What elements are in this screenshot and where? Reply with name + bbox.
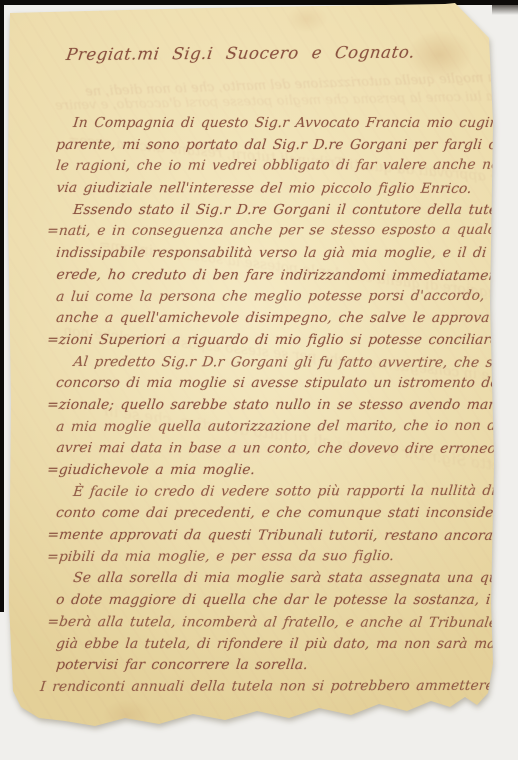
letter-line: o dote maggiore di quella che dar le pot… <box>55 590 495 612</box>
bleed-through-text: a lui come la persona che meglio potesse… <box>55 89 494 113</box>
letter-line: In Compagnia di questo Sig.r Avvocato Fr… <box>55 113 495 135</box>
letter-line: conto come dai precedenti, e che comunqu… <box>55 503 495 525</box>
letter-salutation: Pregiat.mi Sig.i Suocero e Cognato. <box>65 43 416 64</box>
letter-line: potervisi far concorrere la sorella. <box>55 655 495 677</box>
letter-line: =berà alla tutela, incomberà al fratello… <box>46 612 496 635</box>
paper-sheet: a mia moglie quella autorizzazione del m… <box>7 3 498 747</box>
letter-line: =mente approvati da questi Tribunali tut… <box>46 525 496 548</box>
scan-edge-left <box>0 0 4 612</box>
letter-line: via giudiziale nell'interesse del mio pi… <box>55 178 496 201</box>
letter-line: Essendo stato il Sig.r D.re Gorgani il c… <box>55 200 495 222</box>
letter-paper: a mia moglie quella autorizzazione del m… <box>7 3 498 747</box>
letter-line: parente, mi sono portato dal Sig.r D.re … <box>55 135 495 157</box>
letter-line: =pibili da mia moglie, e per essa da suo… <box>46 546 495 569</box>
letter-line: anche a quell'amichevole disimpegno, che… <box>55 308 495 330</box>
letter-line: indissipabile responsabilità verso la gi… <box>55 243 495 265</box>
letter-line: =nati, e in conseguenza anche per se ste… <box>46 220 495 243</box>
letter-body: In Compagnia di questo Sig.r Avvocato Fr… <box>55 113 493 699</box>
letter-line: =zionale; quello sarebbe stato nullo in … <box>46 395 495 417</box>
letter-line: avrei mai data in base a un conto, che d… <box>55 438 496 461</box>
letter-line: I rendiconti annuali della tutela non si… <box>39 676 495 699</box>
letter-line: È facile io credo di vedere sotto più ra… <box>55 481 495 504</box>
letter-line: erede, ho creduto di ben fare indirizzan… <box>55 265 496 288</box>
letter-line: a lui come la persona che meglio potesse… <box>55 285 495 308</box>
letter-line: Al predetto Sig.r D.r Gorgani gli fu fat… <box>55 352 496 375</box>
letter-line: già ebbe la tutela, di rifondere il più … <box>55 634 495 656</box>
letter-line: a mia moglie quella autorizzazione del m… <box>55 415 495 438</box>
letter-line: =zioni Superiori a riguardo di mio figli… <box>46 330 495 352</box>
bleed-through-text: a mia moglie quella autorizzazione del m… <box>85 69 518 99</box>
scanned-letter: a mia moglie quella autorizzazione del m… <box>0 0 518 760</box>
letter-line: Se alla sorella di mia moglie sarà stata… <box>55 568 495 590</box>
letter-line: le ragioni, che io mi vedrei obbligato d… <box>55 155 495 178</box>
letter-line: concorso di mia moglie si avesse stipula… <box>55 373 495 395</box>
letter-line: =giudichevole a mia moglie. <box>46 460 495 482</box>
